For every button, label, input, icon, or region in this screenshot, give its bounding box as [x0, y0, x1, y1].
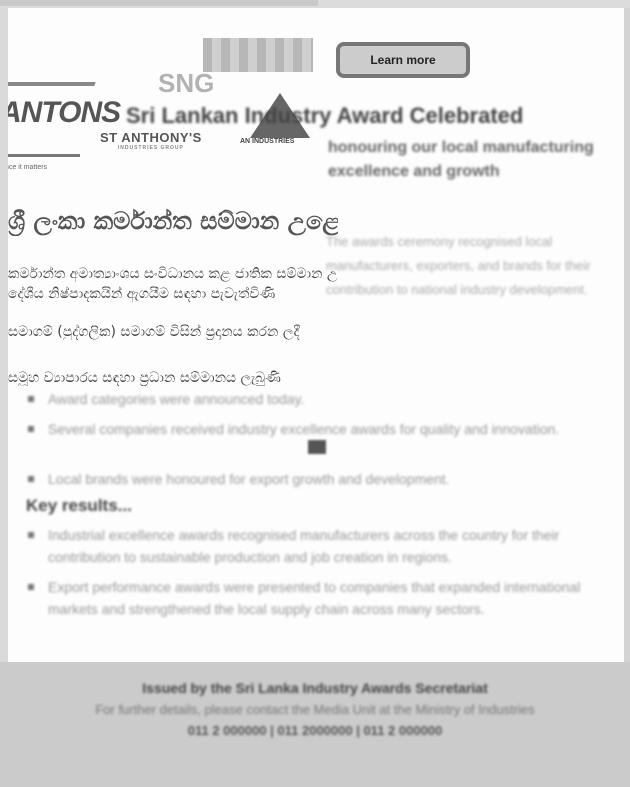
scrollbar[interactable] [624, 8, 630, 662]
center-logo-mark: SNG [158, 68, 214, 99]
sinhala-title: ශ්‍රී ලංකා කර්මාන්ත සම්මාන උළෙල [8, 206, 338, 236]
document-sheet: ANTONS since it matters SNG ST ANTHONY'S… [8, 8, 624, 662]
left-margin [0, 8, 8, 662]
sinhala-line: සමූහ ව්‍යාපාරය සඳහා ප්‍රධාන සම්මානය ලැබු… [8, 370, 338, 386]
top-bar [0, 0, 318, 6]
headline-continuation: honouring our local manufacturing excell… [328, 136, 598, 184]
antons-tagline: since it matters [8, 164, 47, 171]
footer-phone-numbers: 011 2 000000 | 011 2000000 | 011 2 00000… [0, 723, 630, 738]
crest-logo [203, 38, 313, 72]
learn-more-button[interactable]: Learn more [336, 42, 470, 78]
key-results-heading: Key results... [26, 496, 132, 516]
footer: Issued by the Sri Lanka Industry Awards … [0, 662, 630, 787]
logo-underline [8, 154, 80, 157]
list-item: Award categories were announced today. [26, 388, 616, 410]
list-item: Industrial excellence awards recognised … [26, 524, 616, 568]
list-item: Local brands were honoured for export gr… [26, 468, 616, 490]
st-anthonys-name: ST ANTHONY'S [100, 130, 202, 145]
antons-wordmark: ANTONS [8, 96, 120, 130]
antons-logo: ANTONS since it matters [8, 66, 100, 166]
st-anthonys-logo: ST ANTHONY'S INDUSTRIES GROUP [100, 130, 202, 151]
list-item: Export performance awards were presented… [26, 576, 616, 620]
intro-paragraph: The awards ceremony recognised local man… [326, 230, 596, 302]
sinhala-line: දේශීය නිෂ්පාදකයින් ඇගයීම සඳහා පැවැත්විණි [8, 286, 338, 302]
footer-contact-note: For further details, please contact the … [0, 702, 630, 717]
sinhala-line: සමාගම් (පුද්ගලික) සමාගම් විසින් ප්‍රදානය… [8, 324, 338, 340]
footer-issuer: Issued by the Sri Lanka Industry Awards … [0, 680, 630, 696]
triangle-logo-text: AN INDUSTRIES [240, 138, 320, 145]
logo-ribbon-icon [8, 82, 96, 86]
bullet-list-secondary: Industrial excellence awards recognised … [26, 524, 616, 628]
list-item: Several companies received industry exce… [26, 418, 616, 440]
headline-title: Sri Lankan Industry Award Celebrated [126, 104, 610, 128]
sinhala-line: කර්මාන්ත අමාත්‍යාංශය සංවිධානය කළ ජාතික ස… [8, 266, 338, 282]
footnote-marker [308, 440, 326, 454]
st-anthonys-sub: INDUSTRIES GROUP [100, 145, 202, 151]
